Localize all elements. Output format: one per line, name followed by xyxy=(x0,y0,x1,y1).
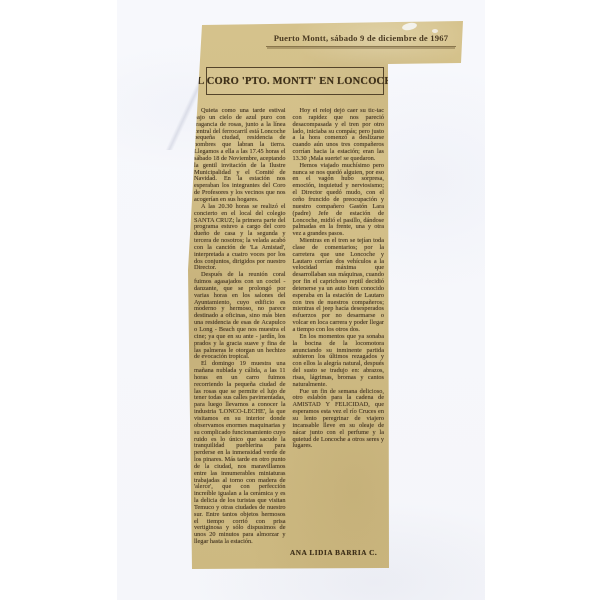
author-byline: ANA LIDIA BARRIA C. xyxy=(290,549,390,557)
article-paragraph: Mientras en el tren se tejían toda clase… xyxy=(293,238,385,334)
article-paragraph: Fue un fin de semana delicioso, otro esl… xyxy=(293,389,385,451)
article-paragraph: A las 20.30 horas se realizó el conciert… xyxy=(194,204,286,272)
headline-text: EL CORO 'PTO. MONTT' EN LONCOCHE xyxy=(190,76,400,87)
article-paragraph: Hemos viajado muchísimo pero nunca se no… xyxy=(293,163,385,238)
torn-paper-speck xyxy=(401,22,417,32)
article-paragraph: En los momentos que ya sonaba la bocina … xyxy=(293,334,385,389)
article-paragraph: El domingo 19 muestra una mañana nublada… xyxy=(194,361,286,546)
article-paragraph: Quieta como una tarde estival bajo un ci… xyxy=(194,108,286,204)
article-body: Quieta como una tarde estival bajo un ci… xyxy=(194,108,384,548)
article-paragraph: Después de la reunión coral fuimos agasa… xyxy=(194,272,286,361)
headline-box: EL CORO 'PTO. MONTT' EN LONCOCHE xyxy=(206,67,384,95)
article-paragraph: Hoy el reloj dejó caer su tic-tac con ra… xyxy=(293,108,385,163)
dateline-text: Puerto Montt, sábado 9 de diciembre de 1… xyxy=(266,33,456,47)
